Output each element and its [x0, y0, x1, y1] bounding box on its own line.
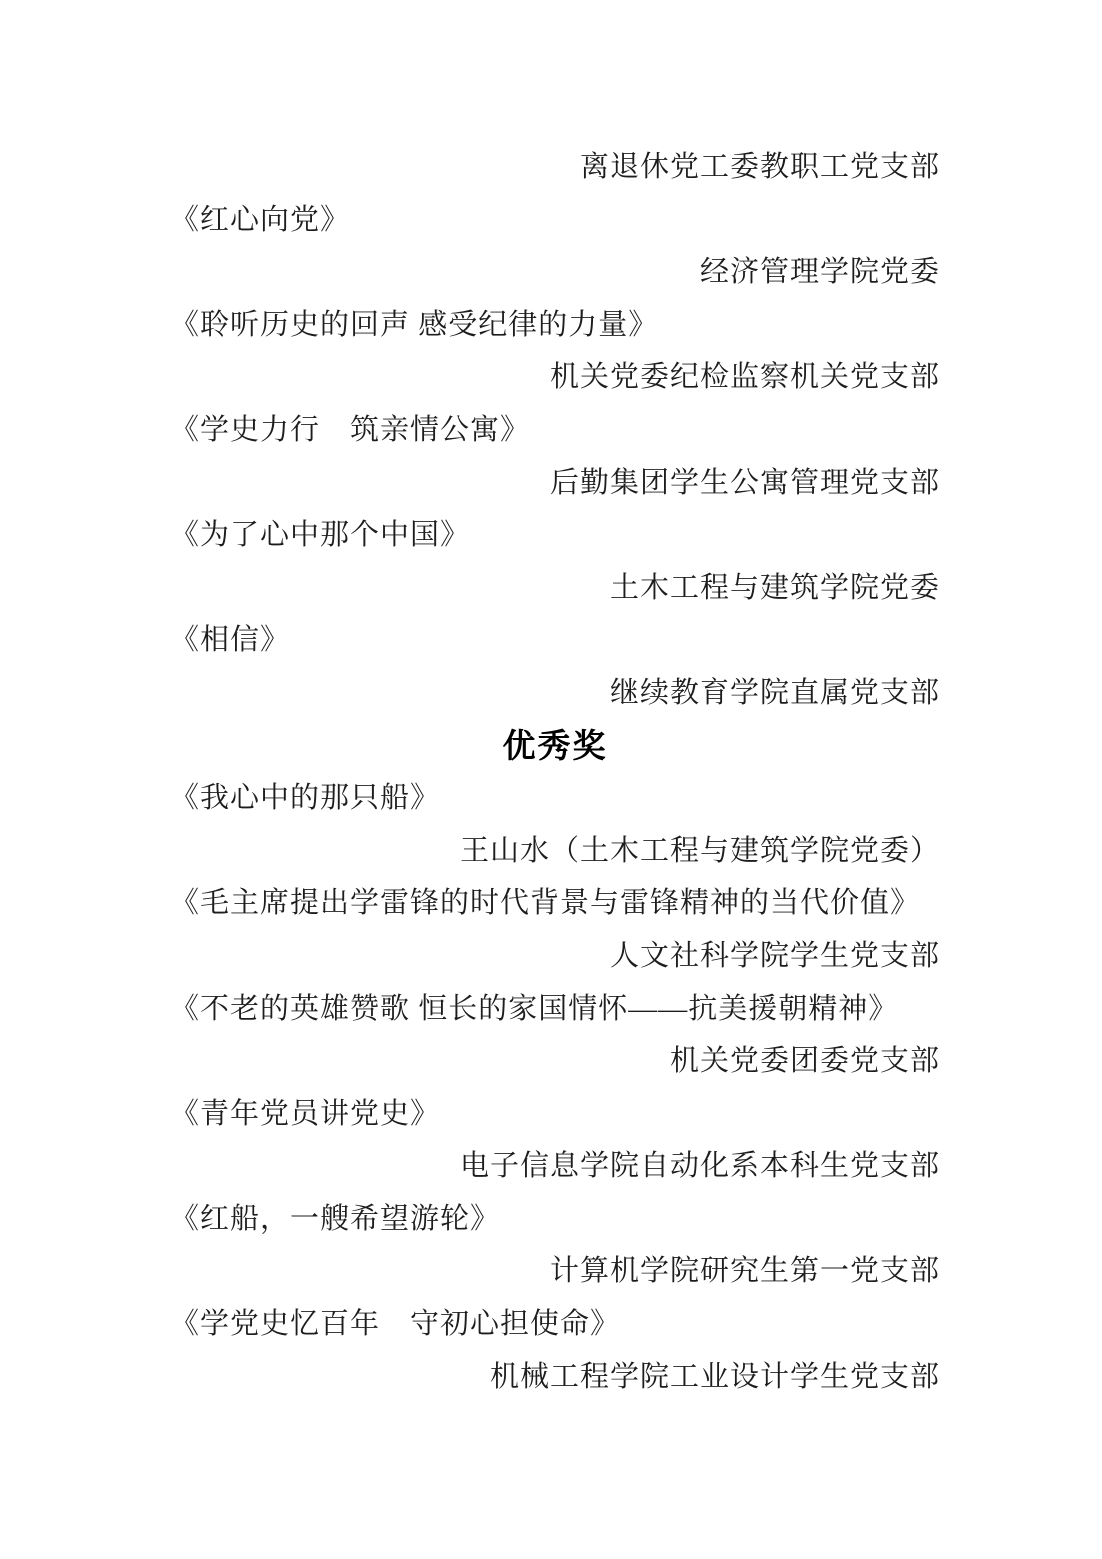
work-title-line: 《相信》	[170, 614, 940, 667]
work-title-line: 《为了心中那个中国》	[170, 509, 940, 562]
document-page: 离退休党工委教职工党支部 《红心向党》 经济管理学院党委 《聆听历史的回声 感受…	[0, 0, 1102, 1559]
attribution-line: 机械工程学院工业设计学生党支部	[170, 1351, 940, 1404]
section-heading: 优秀奖	[170, 720, 940, 773]
attribution-line: 电子信息学院自动化系本科生党支部	[170, 1140, 940, 1193]
work-title-line: 《学党史忆百年 守初心担使命》	[170, 1298, 940, 1351]
work-title-line: 《不老的英雄赞歌 恒长的家国情怀——抗美援朝精神》	[170, 983, 940, 1036]
attribution-line: 继续教育学院直属党支部	[170, 667, 940, 720]
attribution-line: 土木工程与建筑学院党委	[170, 562, 940, 615]
attribution-line: 机关党委纪检监察机关党支部	[170, 351, 940, 404]
attribution-line: 经济管理学院党委	[170, 246, 940, 299]
attribution-line: 人文社科学院学生党支部	[170, 930, 940, 983]
work-title-line: 《毛主席提出学雷锋的时代背景与雷锋精神的当代价值》	[170, 877, 940, 930]
document-body: 离退休党工委教职工党支部 《红心向党》 经济管理学院党委 《聆听历史的回声 感受…	[0, 0, 1102, 1559]
work-title-line: 《我心中的那只船》	[170, 772, 940, 825]
attribution-line: 后勤集团学生公寓管理党支部	[170, 457, 940, 510]
work-title-line: 《青年党员讲党史》	[170, 1088, 940, 1141]
work-title-line: 《学史力行 筑亲情公寓》	[170, 404, 940, 457]
attribution-line: 离退休党工委教职工党支部	[170, 141, 940, 194]
attribution-line: 机关党委团委党支部	[170, 1035, 940, 1088]
work-title-line: 《红心向党》	[170, 194, 940, 247]
attribution-line: 王山水（土木工程与建筑学院党委）	[170, 825, 940, 878]
work-title-line: 《红船，一艘希望游轮》	[170, 1193, 940, 1246]
work-title-line: 《聆听历史的回声 感受纪律的力量》	[170, 299, 940, 352]
attribution-line: 计算机学院研究生第一党支部	[170, 1245, 940, 1298]
